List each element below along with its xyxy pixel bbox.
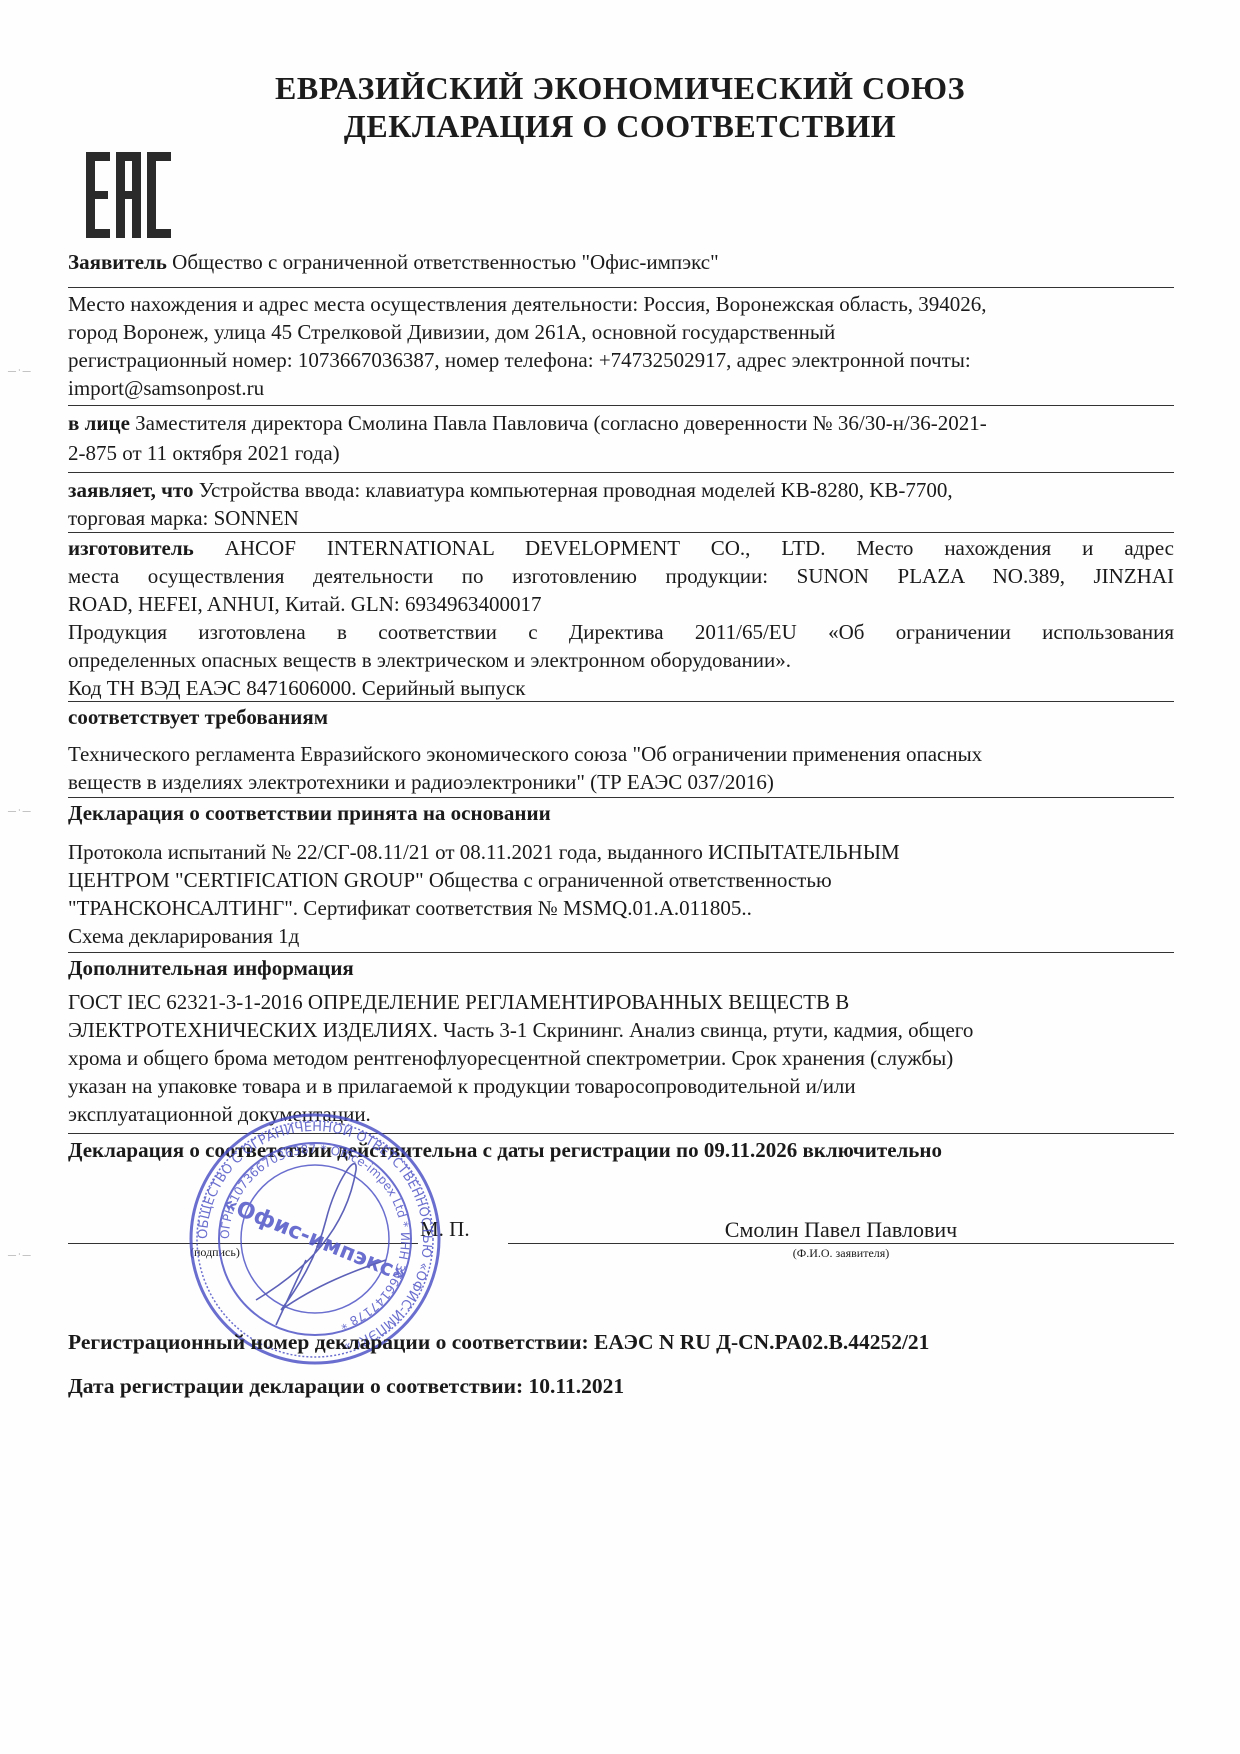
scan-mark: — · — [8, 366, 31, 375]
registration-number-row: Регистрационный номер декларации о соотв… [68, 1328, 1174, 1356]
divider [68, 532, 1174, 533]
basis-heading: Декларация о соответствии принята на осн… [68, 799, 1174, 827]
divider [68, 701, 1174, 702]
divider [68, 797, 1174, 798]
hs-code: Код ТН ВЭД ЕАЭС 8471606000. Серийный вып… [68, 674, 1174, 702]
address-line: регистрационный номер: 1073667036387, но… [68, 346, 1174, 374]
manufacturer-text: места осуществления деятельности по изго… [68, 562, 1174, 590]
represented-by-block: в лице Заместителя директора Смолина Пав… [68, 408, 1174, 468]
complies-heading: соответствует требованиям [68, 703, 1174, 731]
divider [68, 952, 1174, 953]
scan-mark: — · — [8, 806, 31, 815]
union-title: ЕВРАЗИЙСКИЙ ЭКОНОМИЧЕСКИЙ СОЮЗ [0, 70, 1240, 107]
declaration-scheme: Схема декларирования 1д [68, 922, 1174, 950]
document-title: ДЕКЛАРАЦИЯ О СООТВЕТСТВИИ [0, 108, 1240, 145]
applicant-value: Общество с ограниченной ответственностью… [172, 250, 719, 274]
manufacturer-text: ROAD, HEFEI, ANHUI, Китай. GLN: 69349634… [68, 590, 1174, 618]
additional-text: ЭЛЕКТРОТЕХНИЧЕСКИХ ИЗДЕЛИЯХ. Часть 3-1 С… [68, 1016, 1174, 1044]
registration-date-label: Дата регистрации декларации о соответств… [68, 1374, 523, 1398]
additional-text: хрома и общего брома методом рентгенофлу… [68, 1044, 1174, 1072]
eac-mark-icon [84, 148, 174, 238]
basis-text: ЦЕНТРОМ "CERTIFICATION GROUP" Общества с… [68, 866, 1174, 894]
represented-by-text: Заместителя директора Смолина Павла Павл… [135, 411, 987, 435]
scan-mark: — · — [8, 1250, 31, 1259]
basis-block: Протокола испытаний № 22/СГ-08.11/21 от … [68, 838, 1174, 950]
additional-text: ГОСТ IEC 62321-3-1-2016 ОПРЕДЕЛЕНИЕ РЕГЛ… [68, 988, 1174, 1016]
divider [68, 287, 1174, 288]
directive-text: Продукция изготовлена в соответствии с Д… [68, 618, 1174, 646]
regulation-text: Технического регламента Евразийского эко… [68, 740, 1174, 768]
regulation-text: веществ в изделиях электротехники и ради… [68, 768, 1174, 796]
represented-by-text: 2-875 от 11 октября 2021 года) [68, 438, 1174, 468]
manufacturer-label: изготовитель [68, 536, 194, 560]
basis-text: "ТРАНСКОНСАЛТИНГ". Сертификат соответств… [68, 894, 1174, 922]
applicant-label: Заявитель [68, 250, 167, 274]
registration-date-row: Дата регистрации декларации о соответств… [68, 1372, 1174, 1400]
product-description: Устройства ввода: клавиатура компьютерна… [199, 478, 953, 502]
additional-block: ГОСТ IEC 62321-3-1-2016 ОПРЕДЕЛЕНИЕ РЕГЛ… [68, 988, 1174, 1128]
manufacturer-text: AHCOF INTERNATIONAL DEVELOPMENT CO., LTD… [225, 536, 1174, 560]
divider [68, 472, 1174, 473]
address-line: город Воронеж, улица 45 Стрелковой Дивиз… [68, 318, 1174, 346]
registration-number-label: Регистрационный номер декларации о соотв… [68, 1330, 589, 1354]
declares-block: заявляет, что Устройства ввода: клавиату… [68, 476, 1174, 532]
directive-text: определенных опасных веществ в электриче… [68, 646, 1174, 674]
trademark: торговая марка: SONNEN [68, 504, 1174, 532]
declaration-page: ЕВРАЗИЙСКИЙ ЭКОНОМИЧЕСКИЙ СОЮЗ ДЕКЛАРАЦИ… [0, 0, 1240, 1754]
applicant-row: Заявитель Общество с ограниченной ответс… [68, 248, 1174, 276]
name-caption: (Ф.И.О. заявителя) [508, 1246, 1174, 1261]
declares-label: заявляет, что [68, 478, 193, 502]
represented-by-label: в лице [68, 411, 130, 435]
address-email: import@samsonpost.ru [68, 374, 1174, 402]
divider [68, 405, 1174, 406]
basis-text: Протокола испытаний № 22/СГ-08.11/21 от … [68, 838, 1174, 866]
complies-block: Технического регламента Евразийского эко… [68, 740, 1174, 796]
additional-heading: Дополнительная информация [68, 954, 1174, 982]
manufacturer-block: изготовитель AHCOF INTERNATIONAL DEVELOP… [68, 534, 1174, 702]
registration-date-value: 10.11.2021 [529, 1374, 625, 1398]
registration-number-value: ЕАЭС N RU Д-CN.PA02.B.44252/21 [594, 1330, 929, 1354]
signatory-name: Смолин Павел Павлович [508, 1217, 1174, 1243]
address-block: Место нахождения и адрес места осуществл… [68, 290, 1174, 402]
name-line [508, 1243, 1174, 1244]
additional-text: указан на упаковке товара и в прилагаемо… [68, 1072, 1174, 1100]
address-line: Место нахождения и адрес места осуществл… [68, 290, 1174, 318]
